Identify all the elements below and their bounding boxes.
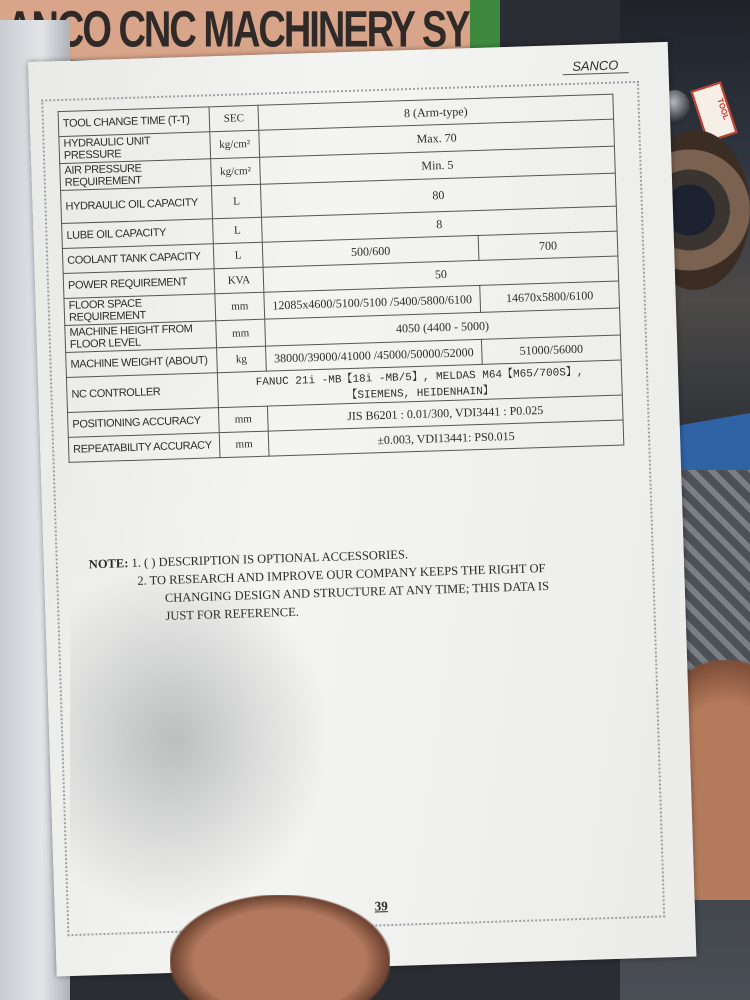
spec-unit: mm: [219, 431, 269, 458]
spec-unit: KVA: [214, 267, 264, 294]
spec-unit: kg/cm²: [211, 157, 261, 186]
spec-unit: L: [213, 242, 263, 269]
spec-unit: mm: [215, 292, 265, 321]
spec-unit: SEC: [209, 105, 259, 132]
spec-table: TOOL CHANGE TIME (T-T) SEC 8 (Arm-type) …: [58, 94, 625, 463]
spec-name: REPEATABILITY ACCURACY: [68, 433, 220, 463]
notes-label: NOTE:: [89, 556, 129, 571]
brand-header: SANCO: [562, 57, 629, 75]
spec-name: NC CONTROLLER: [66, 373, 218, 413]
spec-unit: mm: [216, 319, 266, 348]
manual-page: SANCO TOOL CHANGE TIME (T-T) SEC 8 (Arm-…: [28, 42, 696, 977]
bottom-hand: [170, 895, 390, 1000]
spec-unit: kg: [217, 346, 267, 373]
spec-unit: mm: [218, 406, 268, 433]
spec-unit: L: [211, 184, 261, 219]
spec-name: HYDRAULIC OIL CAPACITY: [61, 186, 213, 224]
spec-unit: L: [213, 217, 263, 244]
spec-unit: kg/cm²: [210, 130, 260, 159]
